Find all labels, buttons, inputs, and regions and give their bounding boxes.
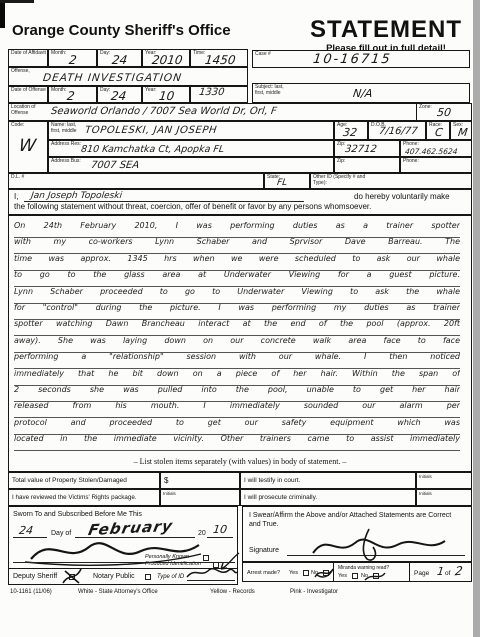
sex-cell: Sex: M	[450, 121, 472, 140]
page-of-label: of	[445, 570, 450, 577]
address-bus-value: 7007 SEA	[90, 160, 139, 171]
zip-label: Zip:	[337, 159, 345, 165]
code-label: Code:	[11, 123, 24, 129]
code-cell: Code: W	[8, 121, 48, 173]
zone-label: Zone:	[419, 105, 432, 111]
time-label: Time:	[193, 51, 205, 57]
case-number-cell: Case # 10-16715	[252, 50, 470, 68]
statement-line: spotter watching Dawn Brancheau interact…	[14, 319, 460, 336]
dl-cell: D.L. #	[8, 173, 264, 189]
offense-year-cell: Year: 10	[142, 86, 190, 103]
statement-line: performing a "relationship" session with…	[14, 352, 460, 369]
scan-artifact	[0, 0, 5, 28]
type-of-id-scrawl	[185, 565, 239, 581]
statement-line: protocol and proceeded to get our safety…	[14, 418, 460, 435]
race-cell: Race: C	[426, 121, 450, 140]
code-value: W	[18, 136, 37, 156]
dollar-cell: $	[160, 472, 240, 489]
affidavit-year-cell: Year: 2010	[142, 49, 190, 67]
statement-line: with my co-workers Lynn Schaber and Sprv…	[14, 237, 460, 254]
initials-label: Initials	[419, 491, 432, 496]
name-cell: Name: last, first, middle TOPOLESKI, JAN…	[48, 121, 334, 140]
testify-cell: I will testify in court.	[240, 472, 416, 489]
page-total: 2	[454, 564, 463, 579]
affidavit-day-cell: Day: 24	[97, 49, 142, 67]
zone-cell: Zone: 50	[416, 103, 472, 121]
phone-label: Phone:	[403, 159, 419, 165]
stolen-items-note: – List stolen items separately (with val…	[8, 457, 472, 466]
dollar-sign: $	[164, 476, 168, 485]
sex-value: M	[457, 126, 468, 139]
statement-line: released from his mouth. I immediately s…	[14, 401, 460, 418]
sworn-box: Sworn To and Subscribed Before Me This 2…	[8, 506, 238, 585]
offense-date-label: Date of Offense	[11, 88, 46, 94]
statement-line: 2 seconds she was pulled into the pool, …	[14, 385, 460, 402]
offense-cell: Offense, DEATH INVESTIGATION	[8, 67, 248, 86]
name-label: Name: last, first, middle	[51, 123, 81, 135]
copy-pink-label: Pink - Investigator	[290, 589, 338, 595]
subject-value: N/A	[352, 87, 373, 100]
offense-day-cell: Day: 24	[97, 86, 142, 103]
property-value-label: Total value of Property Stolen/Damaged	[12, 477, 127, 484]
witness-signature-scrawl	[303, 523, 453, 561]
notary-public-checkbox	[145, 574, 151, 580]
offense-date-label-cell: Date of Offense	[8, 86, 48, 103]
res-phone-value: 407.462.5624	[404, 147, 458, 156]
res-zip-value: 32712	[344, 144, 377, 155]
address-res-cell: Address Res: 810 Kamchatka Ct, Apopka FL	[48, 140, 334, 157]
affidavit-month-cell: Month: 2	[48, 49, 97, 67]
testify-initials-cell: Initials	[416, 472, 472, 489]
sworn-day-value: 24	[18, 524, 34, 537]
copy-yellow-label: Yellow - Records	[210, 589, 255, 595]
year-label: Year:	[145, 88, 157, 94]
arrest-made-label: Arrest made?	[247, 570, 280, 576]
victims-rights-cell: I have reviewed the Victims' Rights pack…	[8, 489, 160, 506]
zone-value: 50	[436, 106, 452, 119]
statement-line: away). She was laying down on our concre…	[14, 336, 460, 353]
state-cell: State: FL	[264, 173, 310, 189]
affidavit-day-value: 24	[111, 53, 128, 67]
race-value: C	[434, 126, 443, 139]
offense-month-cell: Month: 2	[48, 86, 97, 103]
offense-value: DEATH INVESTIGATION	[42, 72, 182, 84]
prosecute-cell: I will prosecute criminally.	[240, 489, 416, 506]
age-value: 32	[342, 126, 358, 139]
address-bus-label: Address Bus:	[51, 159, 81, 165]
subject-cell: Subject: last, first, middle N/A	[252, 83, 470, 103]
offense-day-value: 24	[110, 89, 127, 103]
initials-label: Initials	[419, 474, 432, 479]
statement-line: Lynn Schaber proceeded to go to Underwat…	[14, 287, 460, 304]
affidavit-time-cell: Time: 1450	[190, 49, 248, 67]
prosecute-label: I will prosecute criminally.	[244, 494, 317, 501]
location-cell: Location of Offense Seaworld Orlando / 7…	[8, 103, 472, 121]
day-label: Day:	[100, 51, 110, 57]
miranda-yes-checkbox	[352, 573, 358, 579]
victims-rights-label: I have reviewed the Victims' Rights pack…	[12, 494, 137, 501]
name-value: TOPOLESKI, JAN JOSEPH	[84, 125, 217, 136]
scan-artifact	[0, 0, 34, 3]
statement-line: time was approx. 1345 hrs when we were s…	[14, 254, 460, 271]
office-title: Orange County Sheriff's Office	[12, 22, 231, 39]
personally-known-label: Personally Known	[145, 554, 189, 560]
deputy-check-scrawl	[61, 567, 83, 587]
statement-line: to go to the glass area at Underwater Vi…	[14, 270, 460, 287]
affidavit-month-value: 2	[68, 53, 77, 67]
statement-line: located in the immediate vicinity. Other…	[14, 434, 460, 451]
statement-line: immediately that he bit down on a piece …	[14, 369, 460, 386]
zip-label: Zip:	[337, 142, 345, 148]
address-bus-cell: Address Bus: 7007 SEA	[48, 157, 334, 173]
address-res-value: 810 Kamchatka Ct, Apopka FL	[80, 144, 224, 155]
page-number: 1	[436, 565, 445, 578]
sworn-year-value: 10	[212, 523, 228, 536]
offense-time-value: 1330	[198, 87, 225, 98]
preamble-prefix: I,	[14, 192, 18, 201]
affidavit-year-value: 2010	[151, 53, 183, 67]
affidavit-label-cell: Date of Affidavit	[8, 49, 48, 67]
bus-phone-cell: Phone:	[400, 157, 472, 173]
res-phone-cell: Phone: 407.462.5624	[400, 140, 472, 157]
offense-label: Offense,	[11, 69, 30, 75]
arrest-yes-label: Yes	[289, 570, 298, 576]
property-value-cell: Total value of Property Stolen/Damaged	[8, 472, 160, 489]
copy-white-label: White - State Attorney's Office	[78, 589, 158, 595]
scanner-edge-shadow	[473, 0, 480, 637]
location-value: Seaworld Orlando / 7007 Sea World Dr, Or…	[50, 106, 277, 117]
preamble-line2: the following statement without threat, …	[14, 202, 371, 211]
initials-label: Initials	[163, 491, 176, 496]
dl-label: D.L. #	[11, 175, 24, 181]
bus-zip-cell: Zip:	[334, 157, 400, 173]
case-number-value: 10-16715	[312, 52, 392, 67]
miranda-no-scrawl	[363, 568, 387, 584]
prosecute-initials-cell: Initials	[416, 489, 472, 506]
other-id-cell: Other ID (Specify # and Type):	[310, 173, 472, 189]
notary-public-label: Notary Public	[93, 573, 135, 580]
res-zip-cell: Zip: 32712	[334, 140, 400, 157]
affidavit-time-value: 1450	[204, 53, 236, 67]
affidavit-label: Date of Affidavit	[11, 51, 46, 57]
preamble-suffix: do hereby voluntarily make	[354, 192, 450, 201]
dob-cell: D.O.B. 7/16/77	[368, 121, 426, 140]
offense-year-value: 10	[158, 89, 175, 103]
location-label: Location of Offense	[11, 105, 45, 117]
address-res-label: Address Res:	[51, 142, 81, 148]
form-number: 10-1161 (11/06)	[10, 589, 52, 595]
affirm-box: I Swear/Affirm the Above and/or Attached…	[242, 506, 472, 562]
page-label: Page	[414, 570, 429, 577]
dob-value: 7/16/77	[378, 126, 418, 137]
other-id-label: Other ID (Specify # and Type):	[313, 175, 373, 187]
subject-label: Subject: last, first, middle	[255, 85, 293, 97]
statement-line: for "control" during the picture. I was …	[14, 303, 460, 320]
arrest-no-scrawl	[313, 565, 335, 581]
case-number-label: Case #	[255, 52, 271, 58]
deputy-sheriff-label: Deputy Sheriff	[13, 573, 57, 580]
sworn-heading: Sworn To and Subscribed Before Me This	[13, 511, 142, 518]
arrest-yes-checkbox	[303, 570, 309, 576]
statement-line: On 24th February 2010, I was performing …	[14, 221, 460, 238]
preamble-box: I, Jan Joseph Topoleski do hereby volunt…	[8, 189, 472, 215]
age-cell: Age: 32	[334, 121, 368, 140]
signature-label: Signature	[249, 547, 279, 554]
scanned-statement-form: Orange County Sheriff's Office STATEMENT…	[0, 0, 480, 637]
arrest-miranda-strip: Arrest made? Yes No Miranda warning read…	[242, 562, 472, 582]
offense-month-value: 2	[66, 89, 75, 103]
year-prefix: 20	[198, 530, 206, 537]
affiant-name-handwritten: Jan Joseph Topoleski	[30, 191, 122, 201]
month-label: Month:	[51, 88, 66, 94]
form-title: STATEMENT	[300, 16, 472, 44]
offense-time-cell: 1330	[190, 86, 248, 103]
personally-known-checkbox	[203, 555, 209, 561]
month-label: Month:	[51, 51, 66, 57]
day-label: Day:	[100, 88, 110, 94]
testify-label: I will testify in court.	[244, 477, 300, 484]
miranda-yes-label: Yes	[338, 573, 347, 579]
state-value: FL	[276, 178, 287, 188]
victims-initials-cell: Initials	[160, 489, 240, 506]
day-of-label: Day of	[51, 530, 71, 537]
type-of-id-label: Type of ID	[157, 574, 184, 580]
